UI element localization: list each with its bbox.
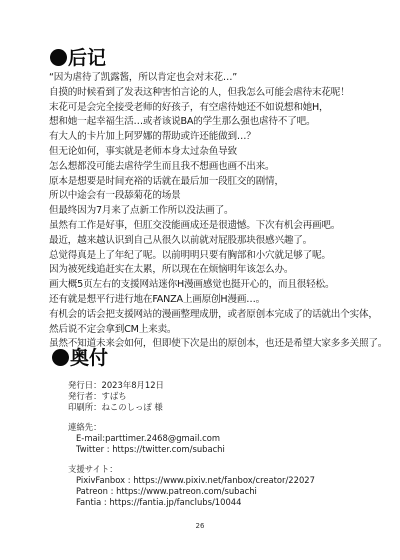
publisher-row: 発行者：すばち: [68, 391, 398, 402]
publish-date-label: 発行日：: [68, 380, 102, 390]
afterword-line: 怎么想都没可能去虐待学生而且我不想画也画不出来。: [49, 160, 399, 175]
printer-label: 印刷所：: [68, 402, 102, 412]
support-pixivfanbox: PixivFanbox : https://www.pixiv.net/fanb…: [68, 475, 398, 486]
colophon-block: 発行日：2023年8月12日 発行者：すばち 印刷所：ねこのしっぽ 様 連絡先：…: [68, 380, 398, 508]
afterword-body: “因为虐待了凯露酱，所以肯定也会对末花…” 自摸的时候看到了发表这种害怕言论的人…: [49, 71, 399, 352]
afterword-line: “因为虐待了凯露酱，所以肯定也会对末花…”: [49, 71, 399, 86]
colophon-heading: 奥付: [52, 347, 108, 369]
afterword-line: 总觉得真是上了年纪了呢。以前明明只要有胸部和小穴就足够了呢。: [49, 249, 399, 264]
publish-date-row: 発行日：2023年8月12日: [68, 380, 398, 391]
afterword-line: 因为被死线追赶实在太累，所以现在在烦恼明年该怎么办。: [49, 263, 399, 278]
afterword-line: 但无论如何，事实就是老师本身太过杂鱼导致: [49, 145, 399, 160]
afterword-line: 然后说不定会拿到CM上来卖。: [49, 323, 399, 338]
printer-value: ねこのしっぽ 様: [102, 402, 163, 412]
afterword-line: 想和她一起幸福生活…或者该说BA的学生那么强也虐待不了吧。: [49, 115, 399, 130]
publisher-label: 発行者：: [68, 391, 102, 401]
afterword-line: 最近，越来越认识到自己从很久以前就对屁股那块很感兴趣了。: [49, 234, 399, 249]
afterword-line: 自摸的时候看到了发表这种害怕言论的人，但我怎么可能会虐待末花呢！: [49, 86, 399, 101]
publish-date-value: 2023年8月12日: [102, 380, 164, 390]
support-sites-label: 支援サイト：: [68, 464, 398, 475]
afterword-line: 画大概5页左右的支援网站迷你H漫画感觉也挺开心的，而且很轻松。: [49, 278, 399, 293]
contact-email: E-mail:parttimer.2468@gmail.com: [68, 433, 398, 444]
afterword-line: 虽然有工作是好事，但肛交没能画成还是很遗憾。下次有机会再画吧。: [49, 219, 399, 234]
afterword-line: 原本是想要是时间充裕的话就在最后加一段肛交的剧情，: [49, 175, 399, 190]
afterword-line: 末花可是会完全接受老师的好孩子，有空虐待她还不如说想和她H，: [49, 101, 399, 116]
afterword-heading: 后记: [50, 47, 106, 69]
printer-row: 印刷所：ねこのしっぽ 様: [68, 402, 398, 413]
afterword-line: 所以中途会有一段舔菊花的场景: [49, 189, 399, 204]
afterword-line: 但最终因为7月来了点新工作所以没法画了。: [49, 204, 399, 219]
publisher-value: すばち: [102, 391, 127, 401]
afterword-line: 有机会的话会把支援网站的漫画整理成册，或者原创本完成了的话就出个实体，: [49, 308, 399, 323]
page-number: 26: [0, 522, 400, 530]
support-fantia: Fantia : https://fantia.jp/fanclubs/1004…: [68, 497, 398, 508]
bullet-icon: [50, 49, 67, 66]
colophon-heading-text: 奥付: [70, 347, 108, 369]
afterword-line: 有大人的卡片加上阿罗娜的帮助或许还能做到…？: [49, 130, 399, 145]
support-patreon: Patreon : https://www.patreon.com/subach…: [68, 486, 398, 497]
contact-label: 連絡先：: [68, 422, 398, 433]
afterword-heading-text: 后记: [68, 47, 106, 69]
afterword-line: 还有就是想平行进行地在FANZA上画原创H漫画…。: [49, 293, 399, 308]
contact-twitter: Twitter : https://twitter.com/subachi: [68, 444, 398, 455]
bullet-icon: [52, 349, 69, 366]
